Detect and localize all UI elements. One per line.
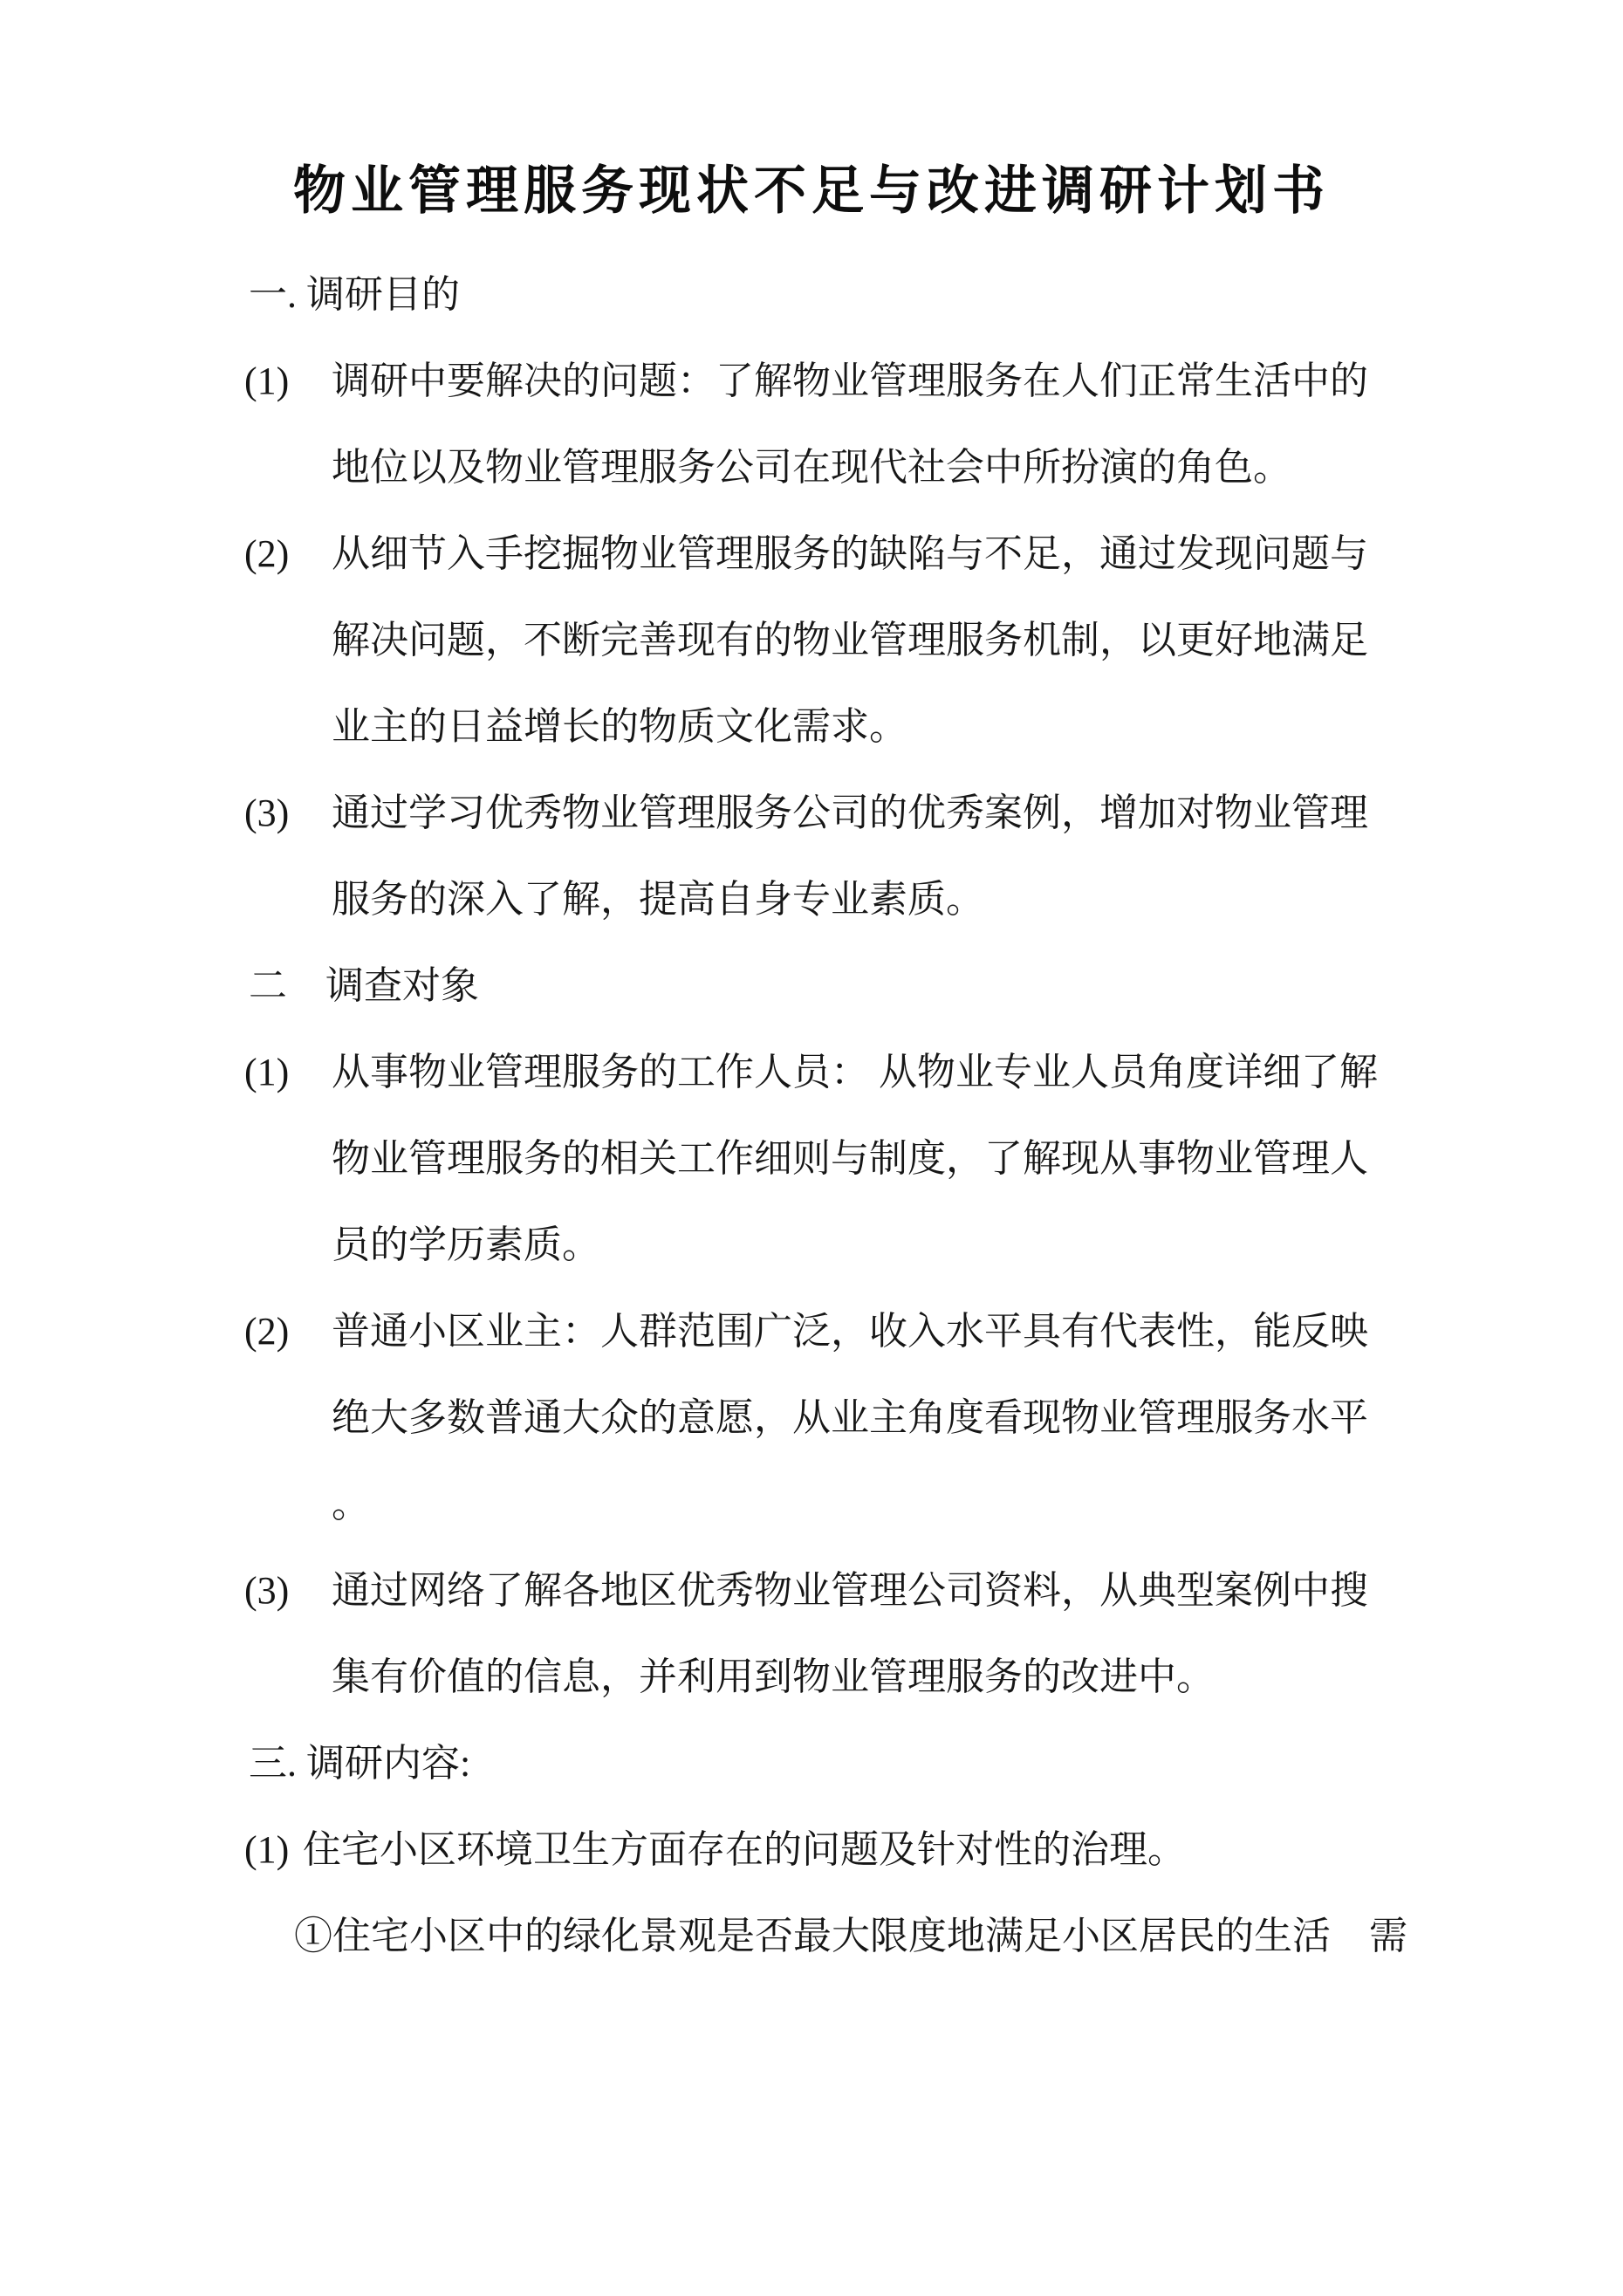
document-line: (1)住宅小区环境卫生方面存在的问题及针对性的治理。 <box>0 1826 1623 1912</box>
line-text: 一. 调研目的 <box>249 273 460 316</box>
document-line: (3)通过学习优秀物业管理服务公司的优秀案例，增加对物业管理 <box>0 789 1623 875</box>
document-line: 解决问题，不断完善现有的物业管理服务机制，以更好地满足 <box>0 616 1623 703</box>
item-number: (1) <box>244 1048 289 1097</box>
document-line: 服务的深入了解，提高自身专业素质。 <box>0 875 1623 962</box>
line-text: 集有价值的信息，并利用到物业管理服务的改进中。 <box>332 1655 1215 1698</box>
item-number: (2) <box>244 530 289 579</box>
line-text: 通过学习优秀物业管理服务公司的优秀案例，增加对物业管理 <box>332 792 1368 834</box>
document-line: 集有价值的信息，并利用到物业管理服务的改进中。 <box>0 1653 1623 1739</box>
document-line: 地位以及物业管理服务公司在现代社会中所扮演的角色。 <box>0 443 1623 530</box>
item-number: (1) <box>244 357 289 406</box>
document-page: 物业管理服务现状不足与改进调研计划书 一. 调研目的(1)调研中要解决的问题：了… <box>0 0 1623 2296</box>
line-text: 地位以及物业管理服务公司在现代社会中所扮演的角色。 <box>332 446 1291 489</box>
line-text: 从细节入手挖掘物业管理服务的缺陷与不足，通过发现问题与 <box>332 532 1368 575</box>
document-line: 。 <box>0 1480 1623 1566</box>
document-line: 绝大多数普通大众的意愿，从业主角度看现物业管理服务水平 <box>0 1394 1623 1480</box>
document-line: (2)从细节入手挖掘物业管理服务的缺陷与不足，通过发现问题与 <box>0 530 1623 616</box>
line-text: 普通小区业主：人群范围广泛，收入水平具有代表性，能反映 <box>332 1310 1368 1353</box>
item-number: (3) <box>244 789 289 838</box>
item-number: (3) <box>244 1566 289 1615</box>
line-text: 。 <box>332 1483 370 1525</box>
line-text: 住宅小区环境卫生方面存在的问题及针对性的治理。 <box>303 1828 1186 1871</box>
line-text: 通过网络了解各地区优秀物业管理公司资料，从典型案例中搜 <box>332 1569 1368 1612</box>
item-number: (1) <box>244 1826 289 1874</box>
line-text: 物业管理服务的相关工作细则与制度，了解现从事物业管理人 <box>332 1137 1368 1180</box>
item-number: (2) <box>244 1307 289 1356</box>
document-line: 物业管理服务的相关工作细则与制度，了解现从事物业管理人 <box>0 1134 1623 1221</box>
line-text: 调研中要解决的问题：了解物业管理服务在人们正常生活中的 <box>332 360 1368 402</box>
line-text: 员的学历素质。 <box>332 1223 600 1266</box>
line-text: 二 调查对象 <box>249 964 479 1007</box>
document-line: (2)普通小区业主：人群范围广泛，收入水平具有代表性，能反映 <box>0 1307 1623 1394</box>
section-heading: 二 调查对象 <box>0 962 1623 1048</box>
line-text: 三. 调研内容: <box>249 1742 470 1785</box>
line-text: 绝大多数普通大众的意愿，从业主角度看现物业管理服务水平 <box>332 1396 1368 1439</box>
document-title: 物业管理服务现状不足与改进调研计划书 <box>0 161 1623 222</box>
section-heading: 三. 调研内容: <box>0 1739 1623 1826</box>
document-line: (1)调研中要解决的问题：了解物业管理服务在人们正常生活中的 <box>0 357 1623 443</box>
line-text: 解决问题，不断完善现有的物业管理服务机制，以更好地满足 <box>332 619 1368 661</box>
document-line: (3)通过网络了解各地区优秀物业管理公司资料，从典型案例中搜 <box>0 1566 1623 1653</box>
document-line: ①住宅小区中的绿化景观是否最大限度地满足小区居民的生活 需 <box>0 1912 1623 1998</box>
document-line: (1)从事物业管理服务的工作人员： 从物业专业人员角度详细了解 <box>0 1048 1623 1134</box>
section-heading: 一. 调研目的 <box>0 271 1623 357</box>
line-text: 从事物业管理服务的工作人员： 从物业专业人员角度详细了解 <box>332 1051 1378 1093</box>
document-line: 业主的日益增长的物质文化需求。 <box>0 703 1623 789</box>
line-text: ①住宅小区中的绿化景观是否最大限度地满足小区居民的生活 需 <box>294 1915 1407 1957</box>
line-text: 服务的深入了解，提高自身专业素质。 <box>332 878 984 921</box>
document-line: 员的学历素质。 <box>0 1221 1623 1307</box>
line-text: 业主的日益增长的物质文化需求。 <box>332 705 907 748</box>
document-body: 一. 调研目的(1)调研中要解决的问题：了解物业管理服务在人们正常生活中的地位以… <box>0 271 1623 1998</box>
